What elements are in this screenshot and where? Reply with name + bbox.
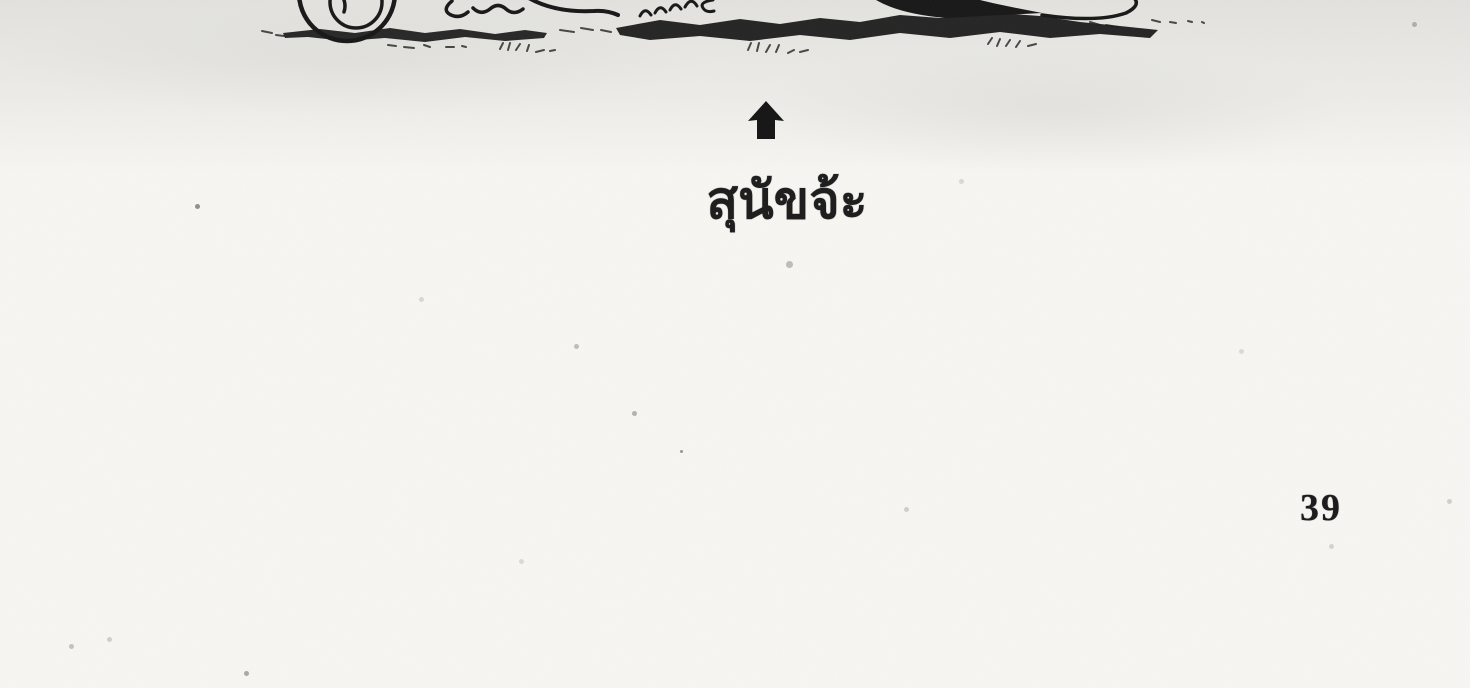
page-number: 39 xyxy=(1300,486,1342,530)
book-page: สุนัขจ้ะ 39 xyxy=(0,0,1470,688)
paper-grain-texture xyxy=(0,0,1470,688)
dog-illustration xyxy=(0,0,1470,64)
up-arrow-icon xyxy=(744,99,788,143)
caption-text: สุนัขจ้ะ xyxy=(706,158,867,241)
